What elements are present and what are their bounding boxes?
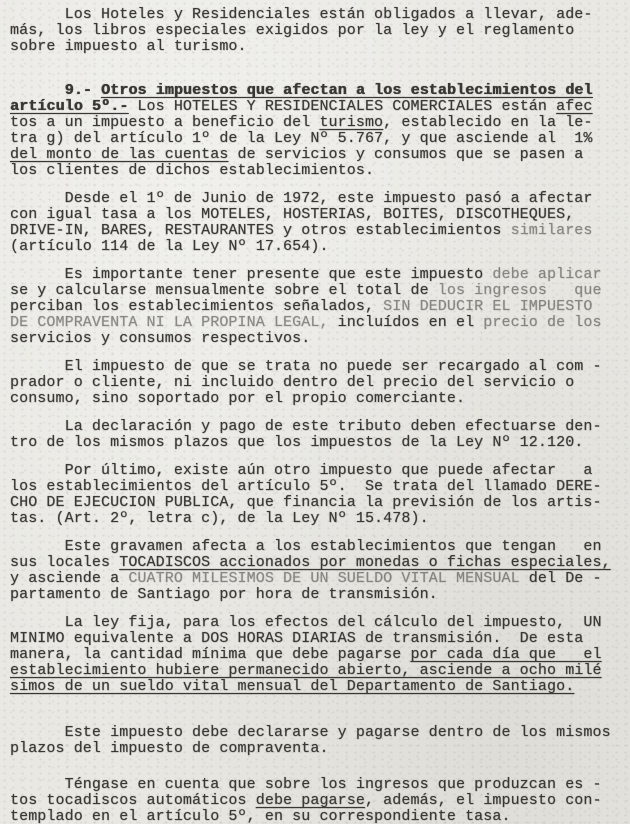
- underlined-text: debe pagarse: [256, 792, 365, 809]
- text-segment: partamento de Santiago por hora de trans…: [10, 586, 438, 603]
- text-line: La ley fija, para los efectos del cálcul…: [10, 615, 624, 631]
- text-line: El impuesto de que se trata no puede ser…: [10, 359, 624, 375]
- paragraph-no-recargo: El impuesto de que se trata no puede ser…: [10, 359, 624, 407]
- underlined-text: establecimiento hubiere permanecido abie…: [10, 662, 602, 679]
- underlined-text: TOCADISCOS accionados por monedas o fich…: [119, 554, 610, 571]
- text-line: sobre impuesto al turismo.: [10, 39, 624, 55]
- text-line: tas. (Art. 2º, letra c), de la Ley Nº 15…: [10, 511, 624, 527]
- underlined-text: por cada día que el: [410, 646, 601, 663]
- text-line: con igual tasa a los MOTELES, HOSTERIAS,…: [10, 207, 624, 223]
- text-segment: tos a un impuesto a beneficio del: [10, 114, 319, 131]
- text-line: simos de un sueldo vital mensual del Dep…: [10, 679, 624, 695]
- text-segment: , establecido en la le-: [383, 114, 592, 131]
- text-segment: prador o cliente, ni incluido dentro del…: [10, 374, 574, 391]
- paragraph-derecho-ejecucion-publica: Por último, existe aún otro impuesto que…: [10, 463, 624, 527]
- text-line: más, los libros especiales exigidos por …: [10, 23, 624, 39]
- text-line: plazos del impuesto de compraventa.: [10, 741, 624, 757]
- text-segment: Téngase en cuenta que sobre los ingresos…: [10, 776, 602, 793]
- text-segment: (artículo 114 de la Ley Nº 17.654).: [10, 238, 329, 255]
- document-body: Los Hoteles y Residenciales están obliga…: [10, 7, 624, 824]
- text-segment: los ingresos que: [438, 282, 602, 299]
- text-line: servicios y consumos respectivos.: [10, 331, 624, 347]
- text-segment: CUATRO MILESIMOS DE UN SUELDO VITAL MENS…: [128, 570, 519, 587]
- text-segment: Los HOTELES Y RESIDENCIALES COMERCIALES …: [128, 98, 556, 115]
- text-segment: incluídos en el: [329, 314, 484, 331]
- paragraph-calculo-mensual: Es importante tener presente que este im…: [10, 267, 624, 347]
- text-line: DE COMPRAVENTA NI LA PROPINA LEGAL, incl…: [10, 315, 624, 331]
- text-segment: tas. (Art. 2º, letra c), de la Ley Nº 15…: [10, 510, 429, 527]
- text-line: Este gravamen afecta a los establecimien…: [10, 539, 624, 555]
- text-segment: DRIVE-IN, BARES, RESTAURANTES y otros es…: [10, 222, 511, 239]
- text-segment: La ley fija, para los efectos del cálcul…: [10, 614, 602, 631]
- text-line: CHO DE EJECUCION PUBLICA, que financia l…: [10, 495, 624, 511]
- text-line: sus locales TOCADISCOS accionados por mo…: [10, 555, 624, 571]
- text-segment: consumo, sino soportado por el propio co…: [10, 390, 465, 407]
- text-segment: plazos del impuesto de compraventa.: [10, 740, 329, 757]
- text-line: los clientes de dichos establecimientos.: [10, 163, 624, 179]
- text-segment: perciban los establecimientos señalados,: [10, 298, 383, 315]
- paragraph-junio-1972: Desde el 1º de Junio de 1972, este impue…: [10, 191, 624, 255]
- text-segment: tra g) del artículo 1º de la Ley Nº 5.76…: [10, 130, 593, 147]
- underlined-text: Otros impuestos que afectan a los establ…: [101, 82, 592, 99]
- paragraph-declaracion-plazos: La declaración y pago de este tributo de…: [10, 419, 624, 451]
- text-segment: precio de los: [483, 314, 601, 331]
- text-line: y asciende a CUATRO MILESIMOS DE UN SUEL…: [10, 571, 624, 587]
- text-segment: del De -: [520, 570, 602, 587]
- text-line: del monto de las cuentas de servicios y …: [10, 147, 624, 163]
- text-line: DRIVE-IN, BARES, RESTAURANTES y otros es…: [10, 223, 624, 239]
- text-line: Los Hoteles y Residenciales están obliga…: [10, 7, 624, 23]
- text-segment: de servicios y consumos que se pasen a: [228, 146, 583, 163]
- text-segment: Es importante tener presente que este im…: [10, 266, 492, 283]
- text-line: los establecimientos del artículo 5º. Se…: [10, 479, 624, 495]
- text-segment: DE COMPRAVENTA NI LA PROPINA LEGAL,: [10, 314, 329, 331]
- text-segment: se y calcularse mensualmente sobre el to…: [10, 282, 438, 299]
- text-segment: sobre impuesto al turismo.: [10, 38, 247, 55]
- paragraph-tocadiscos-gravamen: Este gravamen afecta a los establecimien…: [10, 539, 624, 603]
- underlined-text: simos de un sueldo vital mensual del Dep…: [10, 678, 574, 695]
- underlined-text: turismo: [319, 114, 383, 131]
- text-line: se y calcularse mensualmente sobre el to…: [10, 283, 624, 299]
- text-segment: servicios y consumos respectivos.: [10, 330, 310, 347]
- text-segment: tos tocadiscos automáticos: [10, 792, 256, 809]
- text-line: tro de los mismos plazos que los impuest…: [10, 435, 624, 451]
- text-line: MINIMO equivalente a DOS HORAS DIARIAS d…: [10, 631, 624, 647]
- paragraph-tasa-adicional: Téngase en cuenta que sobre los ingresos…: [10, 777, 624, 824]
- paragraph-minimo-diario: La ley fija, para los efectos del cálcul…: [10, 615, 624, 695]
- text-line: Desde el 1º de Junio de 1972, este impue…: [10, 191, 624, 207]
- underlined-text: artículo 5º.-: [10, 98, 128, 115]
- text-segment: manera, la cantidad mínima que debe paga…: [10, 646, 410, 663]
- text-line: Es importante tener presente que este im…: [10, 267, 624, 283]
- underlined-text: del monto de las cuentas: [10, 146, 228, 163]
- text-segment: SIN DEDUCIR EL IMPUESTO: [383, 298, 592, 315]
- underlined-text: afec: [556, 98, 592, 115]
- text-segment: , además, el impuesto con-: [365, 792, 602, 809]
- text-segment: Por último, existe aún otro impuesto que…: [10, 462, 593, 479]
- text-line: establecimiento hubiere permanecido abie…: [10, 663, 624, 679]
- paragraph-libros-turismo: Los Hoteles y Residenciales están obliga…: [10, 7, 624, 55]
- text-segment: El impuesto de que se trata no puede ser…: [10, 358, 602, 375]
- text-line: partamento de Santiago por hora de trans…: [10, 587, 624, 603]
- section-9-otros-impuestos: 9.- Otros impuestos que afectan a los es…: [10, 83, 624, 179]
- text-segment: templado en el artículo 5º, en su corres…: [10, 808, 511, 824]
- text-line: tos tocadiscos automáticos debe pagarse,…: [10, 793, 624, 809]
- paragraph-plazos-compraventa: Este impuesto debe declararse y pagarse …: [10, 725, 624, 757]
- text-line: La declaración y pago de este tributo de…: [10, 419, 624, 435]
- text-segment: CHO DE EJECUCION PUBLICA, que financia l…: [10, 494, 602, 511]
- text-segment: debe aplicar: [492, 266, 601, 283]
- text-segment: Este impuesto debe declararse y pagarse …: [10, 724, 611, 741]
- text-line: 9.- Otros impuestos que afectan a los es…: [10, 83, 624, 99]
- text-segment: similares: [511, 222, 593, 239]
- text-segment: Los Hoteles y Residenciales están obliga…: [10, 6, 593, 23]
- text-line: Este impuesto debe declararse y pagarse …: [10, 725, 624, 741]
- text-segment: más, los libros especiales exigidos por …: [10, 22, 574, 39]
- text-line: Téngase en cuenta que sobre los ingresos…: [10, 777, 624, 793]
- text-line: perciban los establecimientos señalados,…: [10, 299, 624, 315]
- text-segment: Desde el 1º de Junio de 1972, este impue…: [10, 190, 593, 207]
- text-segment: con igual tasa a los MOTELES, HOSTERIAS,…: [10, 206, 574, 223]
- text-segment: 9.-: [10, 82, 101, 99]
- text-line: (artículo 114 de la Ley Nº 17.654).: [10, 239, 624, 255]
- text-line: Por último, existe aún otro impuesto que…: [10, 463, 624, 479]
- text-segment: MINIMO equivalente a DOS HORAS DIARIAS d…: [10, 630, 583, 647]
- text-segment: y asciende a: [10, 570, 128, 587]
- text-line: manera, la cantidad mínima que debe paga…: [10, 647, 624, 663]
- text-segment: los clientes de dichos establecimientos.: [10, 162, 374, 179]
- text-segment: tro de los mismos plazos que los impuest…: [10, 434, 583, 451]
- text-line: artículo 5º.- Los HOTELES Y RESIDENCIALE…: [10, 99, 624, 115]
- text-segment: Este gravamen afecta a los establecimien…: [10, 538, 602, 555]
- text-line: templado en el artículo 5º, en su corres…: [10, 809, 624, 824]
- text-segment: los establecimientos del artículo 5º. Se…: [10, 478, 602, 495]
- text-line: tra g) del artículo 1º de la Ley Nº 5.76…: [10, 131, 624, 147]
- scanned-document-page: Los Hoteles y Residenciales están obliga…: [0, 0, 630, 824]
- text-line: tos a un impuesto a beneficio del turism…: [10, 115, 624, 131]
- text-line: prador o cliente, ni incluido dentro del…: [10, 375, 624, 391]
- text-segment: sus locales: [10, 554, 119, 571]
- text-line: consumo, sino soportado por el propio co…: [10, 391, 624, 407]
- text-segment: La declaración y pago de este tributo de…: [10, 418, 602, 435]
